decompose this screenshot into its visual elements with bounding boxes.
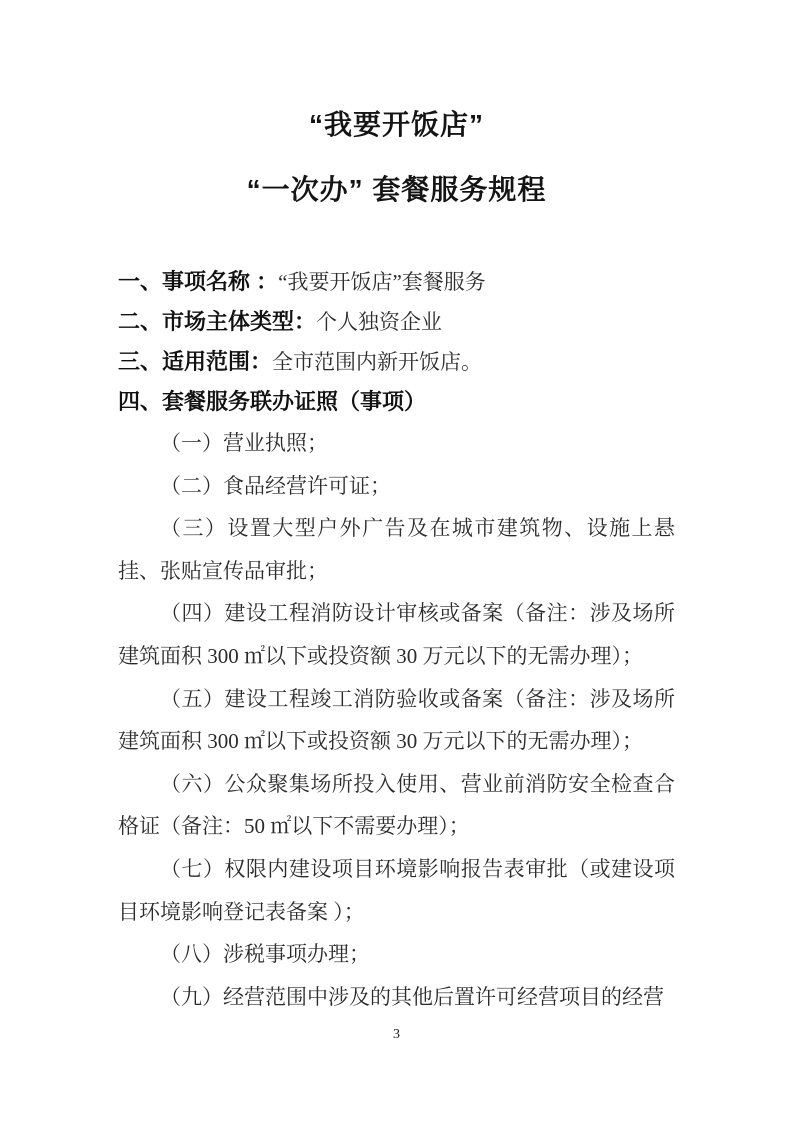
section-label: 二、市场主体类型： — [118, 309, 316, 334]
section-label: 四、套餐服务联办证照（事项） — [118, 389, 426, 414]
list-item-1: （一）营业执照； — [118, 422, 675, 465]
document-title-line-2: “一次办” 套餐服务规程 — [0, 168, 793, 208]
list-item-2: （二）食品经营许可证； — [118, 465, 675, 508]
list-item-4: （四）建设工程消防设计审核或备案（备注：涉及场所建筑面积 300 ㎡以下或投资额… — [118, 592, 675, 677]
page-number: 3 — [0, 1027, 793, 1043]
list-item-5: （五）建设工程竣工消防验收或备案（备注：涉及场所建筑面积 300 ㎡以下或投资额… — [118, 678, 675, 763]
document-body: 一、事项名称 ：“我要开饭店”套餐服务 二、市场主体类型：个人独资企业 三、适用… — [118, 262, 675, 1018]
list-item-7: （七）权限内建设项目环境影响报告表审批（或建设项目环境影响登记表备案 ）； — [118, 848, 675, 933]
section-heading-3: 三、适用范围：全市范围内新开饭店。 — [118, 342, 675, 382]
section-heading-1: 一、事项名称 ：“我要开饭店”套餐服务 — [118, 262, 675, 302]
list-item-6: （六）公众聚集场所投入使用、营业前消防安全检查合格证（备注：50 ㎡以下不需要办… — [118, 763, 675, 848]
document-page: “我要开饭店” “一次办” 套餐服务规程 一、事项名称 ：“我要开饭店”套餐服务… — [0, 0, 793, 1122]
section-content: 全市范围内新开饭店。 — [272, 350, 482, 374]
list-item-3: （三）设置大型户外广告及在城市建筑物、设施上悬挂、张贴宣传品审批； — [118, 507, 675, 592]
list-item-9: （九）经营范围中涉及的其他后置许可经营项目的经营 — [118, 976, 675, 1019]
list-item-8: （八）涉税事项办理； — [118, 933, 675, 976]
section-heading-2: 二、市场主体类型：个人独资企业 — [118, 302, 675, 342]
section-heading-4: 四、套餐服务联办证照（事项） — [118, 382, 675, 422]
section-label: 三、适用范围： — [118, 349, 272, 374]
document-title-line-1: “我要开饭店” — [0, 103, 793, 143]
section-label: 一、事项名称 ： — [118, 269, 278, 294]
section-content: “我要开饭店”套餐服务 — [278, 270, 486, 294]
section-content: 个人独资企业 — [316, 310, 442, 334]
